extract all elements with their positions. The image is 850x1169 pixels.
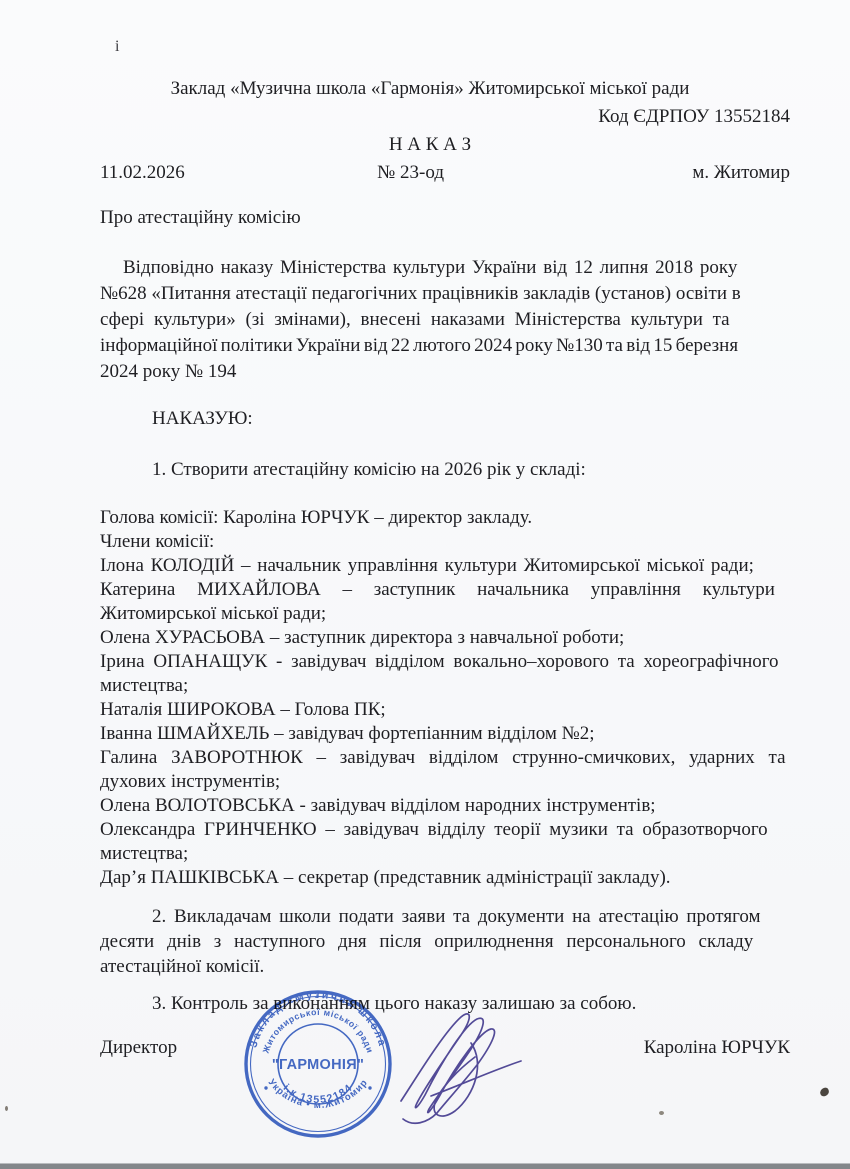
signature-loops-stroke [401, 1014, 495, 1113]
commission-line: Члени комісії: [100, 530, 790, 554]
order-item-1: 1. Створити атестаційну комісію на 2026 … [100, 459, 842, 481]
doc-type-text: Н А К А З [389, 134, 471, 156]
resolve-word: НАКАЗУЮ: [100, 408, 842, 430]
commission-line: духових інструментів; [100, 770, 790, 794]
org-name: Заклад «Музична школа «Гармонія» Житомир… [100, 78, 790, 100]
order-city: м. Житомир [692, 162, 790, 184]
director-name: Кароліна ЮРЧУК [644, 1037, 790, 1059]
order-item-2: 2. Викладачам школи подати заяви та доку… [100, 904, 790, 979]
commission-line: мистецтва; [100, 674, 790, 698]
commission-line: Катерина МИХАЙЛОВА – заступник начальник… [100, 578, 790, 602]
commission-line: мистецтва; [100, 842, 790, 866]
item-2-line: атестаційної комісії. [100, 954, 790, 979]
subject-line: Про атестаційну комісію [100, 207, 790, 229]
order-date: 11.02.2026 [100, 162, 185, 184]
scan-speck [819, 1087, 830, 1098]
preamble-line: інформаційної політики України від 22 лю… [100, 333, 790, 359]
edrpou-code: Код ЄДРПОУ 13552184 [100, 106, 790, 128]
commission-line: Іванна ШМАЙХЕЛЬ – завідувач фортепіанним… [100, 722, 790, 746]
scanned-order-document: і Заклад «Музична школа «Гармонія» Житом… [0, 0, 850, 1169]
handwritten-signature [373, 1003, 543, 1133]
scan-speck [659, 1111, 664, 1115]
item-2-line: десяти днів з наступного дня після оприл… [100, 929, 790, 954]
commission-line: Дар’я ПАШКІВСЬКА – секретар (представник… [100, 866, 790, 890]
stamp-dot-left [264, 1086, 267, 1089]
scan-artifact-mark: і [115, 38, 119, 56]
commission-line: Олена ХУРАСЬОВА – заступник директора з … [100, 626, 790, 650]
scan-bottom-edge [0, 1163, 850, 1169]
order-number: № 23-од [377, 162, 444, 184]
scan-speck [5, 1106, 8, 1111]
preamble-line: сфері культури» (зі змінами), внесені на… [100, 307, 790, 333]
preamble-line: №628 «Питання атестації педагогічних пра… [100, 281, 790, 307]
commission-line: Галина ЗАВОРОТНЮК – завідувач відділом с… [100, 746, 790, 770]
preamble-line: 2024 року № 194 [100, 359, 790, 385]
signature-tail-stroke [403, 1113, 437, 1123]
commission-list: Голова комісії: Кароліна ЮРЧУК – директо… [100, 506, 790, 890]
org-name-text: Заклад «Музична школа «Гармонія» Житомир… [171, 78, 690, 100]
item-2-line: 2. Викладачам школи подати заяви та доку… [100, 904, 790, 929]
commission-line: Ілона КОЛОДІЙ – начальник управління кул… [100, 554, 790, 578]
commission-line: Голова комісії: Кароліна ЮРЧУК – директо… [100, 506, 790, 530]
commission-line: Житомирської міської ради; [100, 602, 790, 626]
date-number-city-row: 11.02.2026 № 23-од м. Житомир [100, 162, 790, 184]
stamp-center-text: "ГАРМОНІЯ" [272, 1057, 364, 1073]
director-label: Директор [100, 1037, 177, 1059]
preamble-line: Відповідно наказу Міністерства культури … [100, 255, 790, 281]
stamp-dot-right [368, 1086, 371, 1089]
commission-line: Наталія ШИРОКОВА – Голова ПК; [100, 698, 790, 722]
preamble-paragraph: Відповідно наказу Міністерства культури … [100, 255, 790, 385]
commission-line: Олександра ГРИНЧЕНКО – завідувач відділу… [100, 818, 790, 842]
commission-line: Ірина ОПАНАЩУК - завідувач відділом вока… [100, 650, 790, 674]
doc-type-heading: Н А К А З [100, 134, 790, 156]
commission-line: Олена ВОЛОТОВСЬКА - завідувач відділом н… [100, 794, 790, 818]
